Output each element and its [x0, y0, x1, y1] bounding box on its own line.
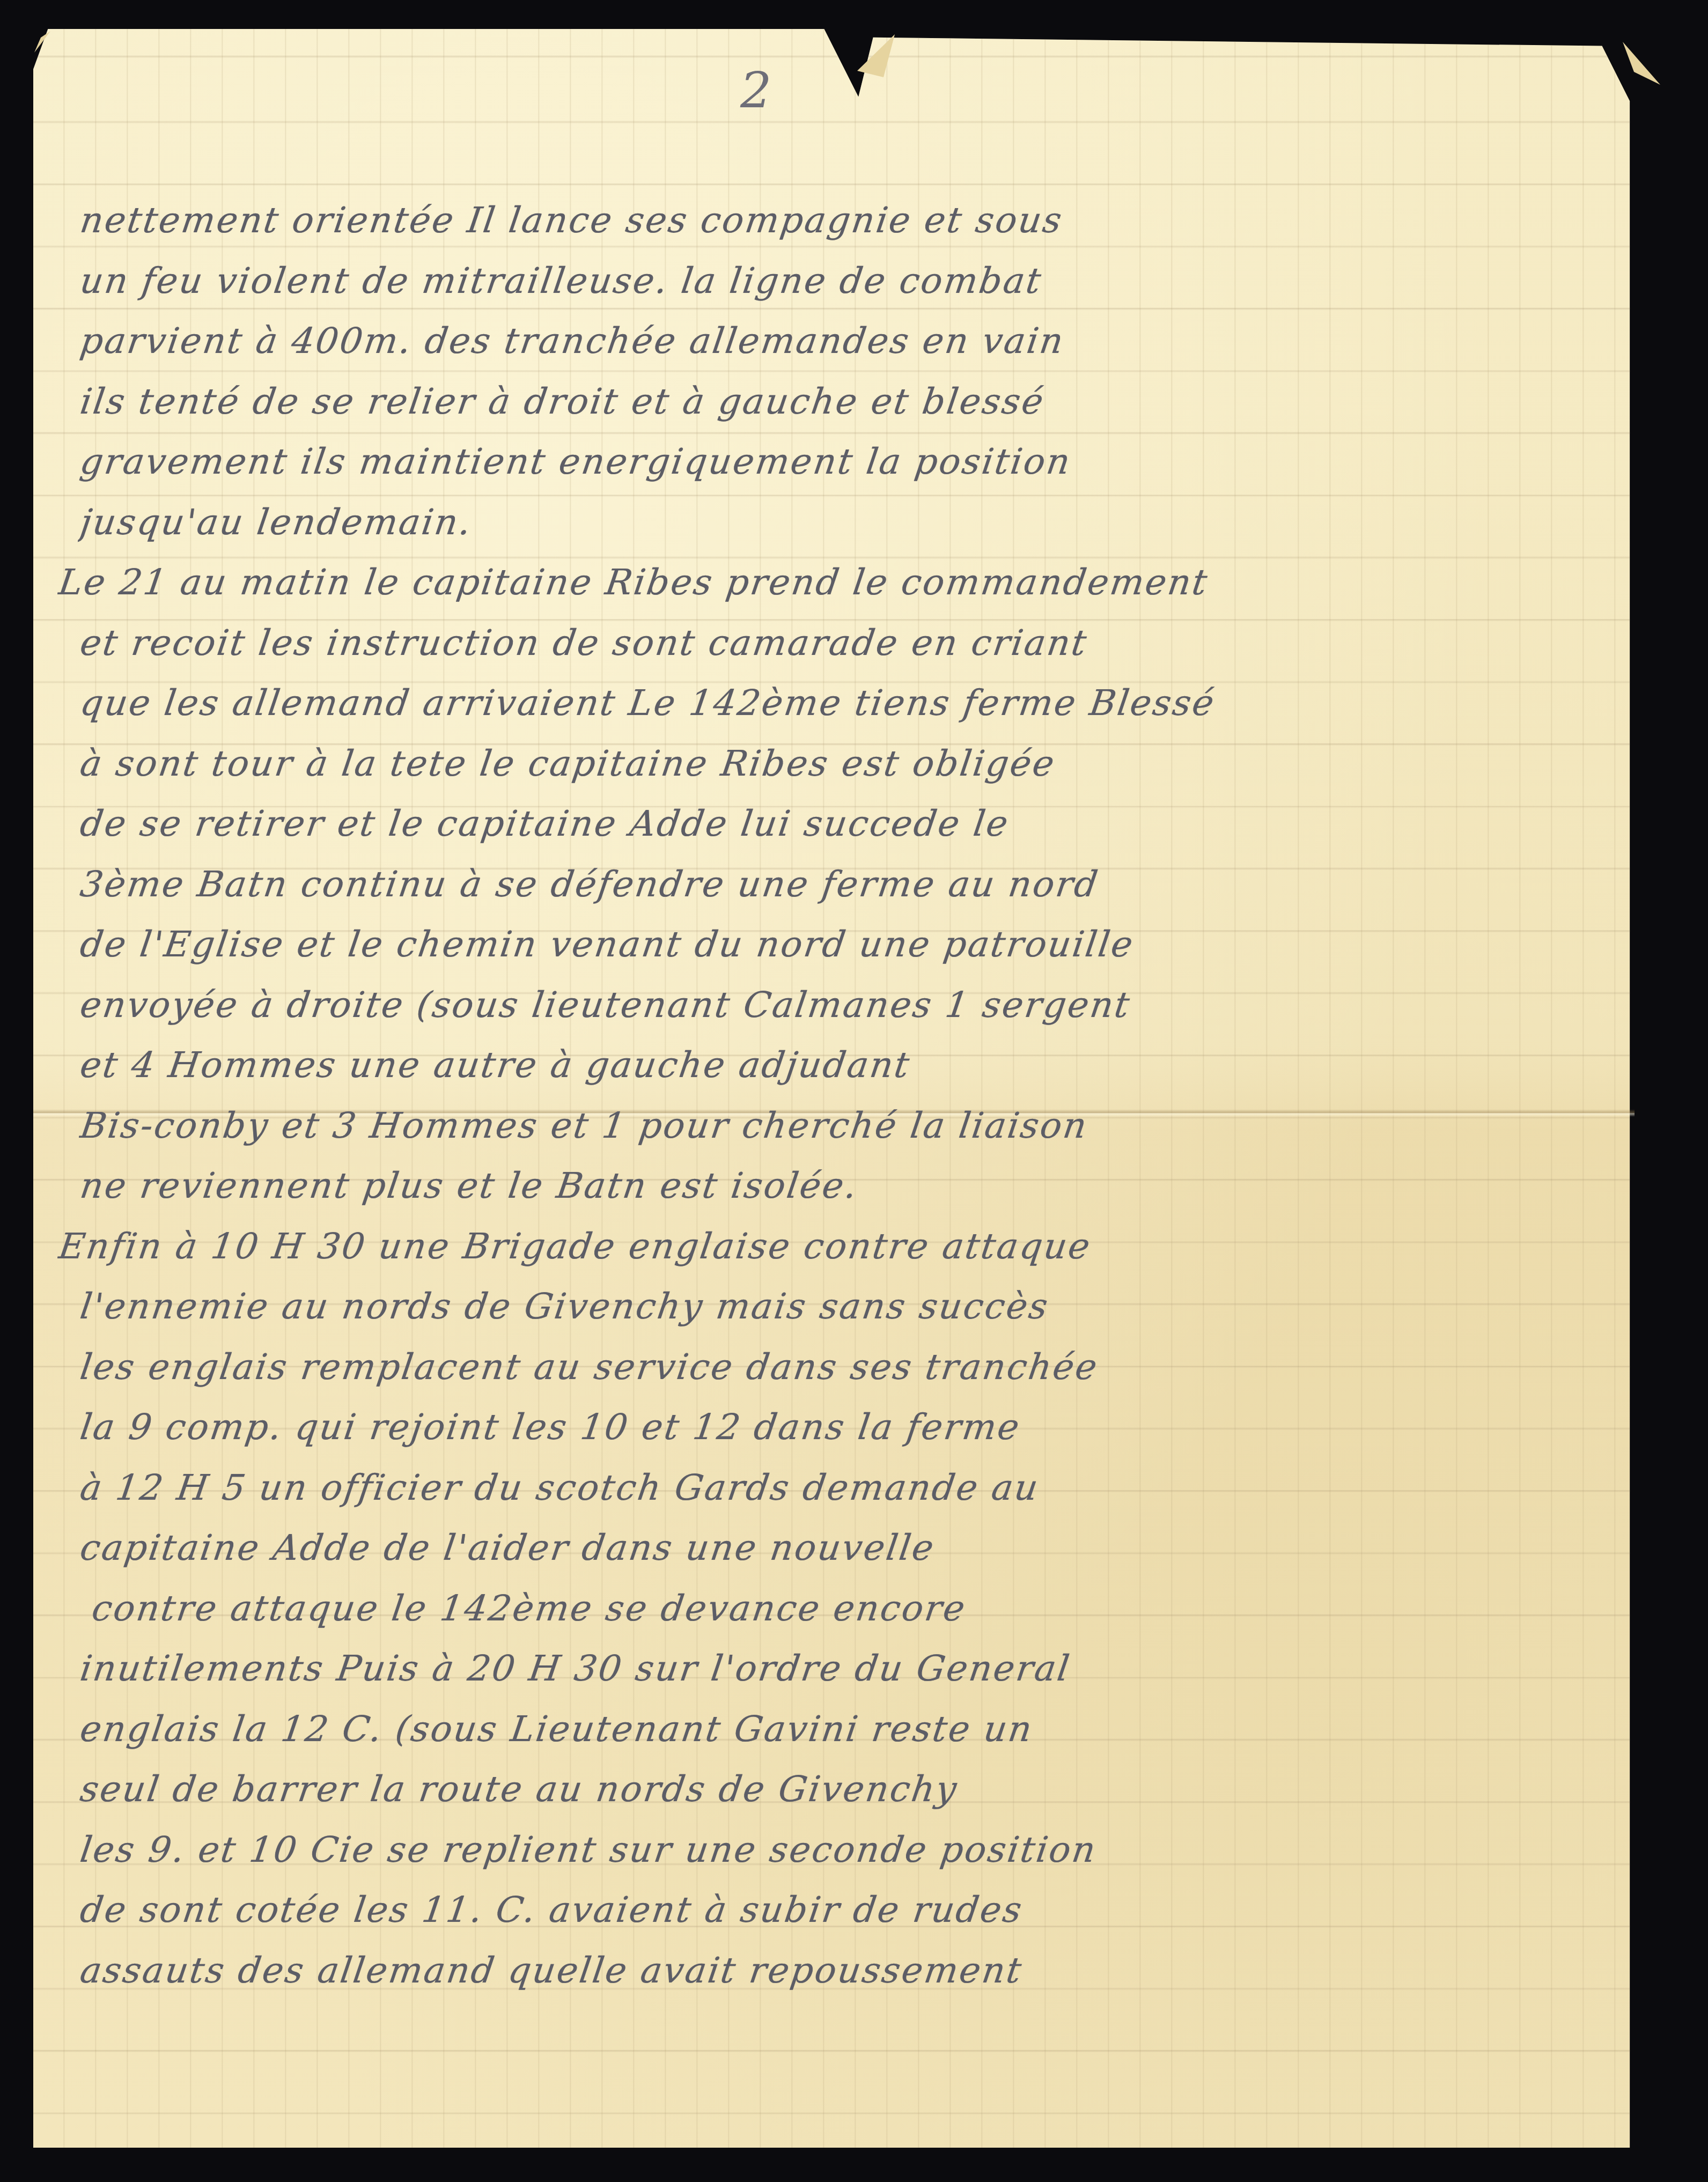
handwritten-line: parvient à 400m. des tranchée allemandes…: [76, 311, 1662, 372]
handwritten-line: de sont cotée les 11. C. avaient à subir…: [76, 1880, 1662, 1941]
handwritten-line: et recoit les instruction de sont camara…: [76, 613, 1662, 674]
handwritten-line: Bis-conby et 3 Hommes et 1 pour cherché …: [76, 1096, 1662, 1156]
handwritten-line: que les allemand arrivaient Le 142ème ti…: [76, 673, 1662, 734]
handwritten-line: nettement orientée Il lance ses compagni…: [76, 190, 1662, 251]
handwritten-line: ils tenté de se relier à droit et à gauc…: [76, 372, 1662, 432]
handwritten-line: l'ennemie au nords de Givenchy mais sans…: [76, 1277, 1662, 1337]
handwritten-line: englais la 12 C. (sous Lieutenant Gavini…: [76, 1699, 1662, 1760]
handwritten-line: à sont tour à la tete le capitaine Ribes…: [76, 734, 1662, 794]
page-number: 2: [740, 62, 772, 119]
handwritten-line: inutilements Puis à 20 H 30 sur l'ordre …: [76, 1639, 1662, 1699]
handwritten-line: la 9 comp. qui rejoint les 10 et 12 dans…: [76, 1397, 1662, 1458]
handwritten-text-body: nettement orientée Il lance ses compagni…: [80, 190, 1658, 2001]
handwritten-line: envoyée à droite (sous lieutenant Calman…: [76, 975, 1662, 1036]
handwritten-line: un feu violent de mitrailleuse. la ligne…: [76, 251, 1662, 312]
handwritten-line: 3ème Batn continu à se défendre une ferm…: [76, 854, 1662, 915]
handwritten-line: gravement ils maintient energiquement la…: [76, 432, 1662, 492]
handwritten-line: seul de barrer la route au nords de Give…: [76, 1759, 1662, 1820]
handwritten-line: assauts des allemand quelle avait repous…: [76, 1941, 1662, 2001]
handwritten-line: contre attaque le 142ème se devance enco…: [88, 1579, 1662, 1639]
handwritten-line: et 4 Hommes une autre à gauche adjudant: [76, 1035, 1662, 1096]
handwritten-line: de l'Eglise et le chemin venant du nord …: [76, 915, 1662, 975]
handwritten-line: jusqu'au lendemain.: [76, 492, 1662, 553]
handwritten-line: les englais remplacent au service dans s…: [76, 1337, 1662, 1398]
handwritten-line: de se retirer et le capitaine Adde lui s…: [76, 794, 1662, 854]
handwritten-line: les 9. et 10 Cie se replient sur une sec…: [76, 1820, 1662, 1881]
handwritten-line-paragraph-start: Enfin à 10 H 30 une Brigade englaise con…: [55, 1217, 1662, 1277]
handwritten-line: capitaine Adde de l'aider dans une nouve…: [76, 1518, 1662, 1579]
handwritten-line: à 12 H 5 un officier du scotch Gards dem…: [76, 1458, 1662, 1518]
handwritten-line: ne reviennent plus et le Batn est isolée…: [76, 1156, 1662, 1217]
handwritten-line-paragraph-start: Le 21 au matin le capitaine Ribes prend …: [55, 552, 1662, 613]
